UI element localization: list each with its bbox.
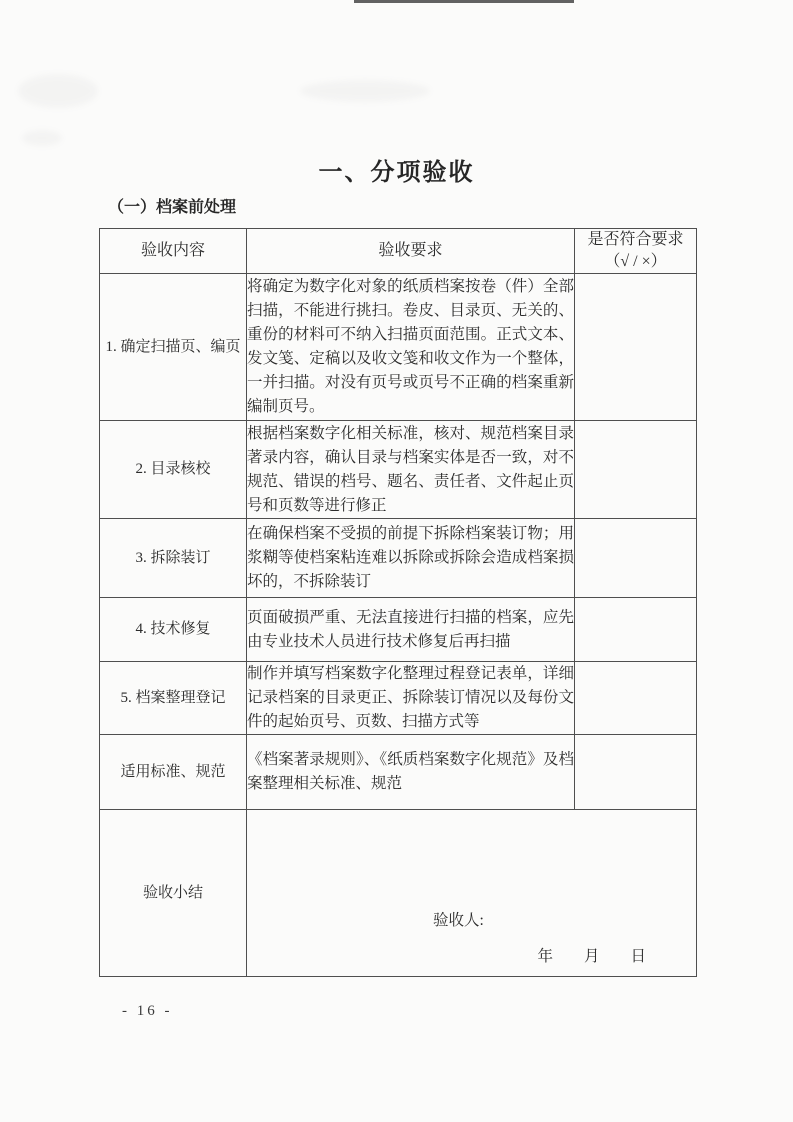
row-requirement-cell: 将确定为数字化对象的纸质档案按卷（件）全部扫描，不能进行挑扫。卷皮、目录页、无关… bbox=[247, 274, 575, 421]
header-compliance-line1: 是否符合要求 bbox=[575, 229, 696, 251]
row-requirement-cell: 在确保档案不受损的前提下拆除档案装订物；用浆糊等使档案粘连难以拆除或拆除会造成档… bbox=[247, 519, 575, 598]
row-requirement-cell: 《档案著录规则》、《纸质档案数字化规范》及档案整理相关标准、规范 bbox=[247, 735, 575, 810]
row-content-cell: 4. 技术修复 bbox=[100, 598, 247, 662]
row-content-cell: 2. 目录核校 bbox=[100, 421, 247, 519]
row-content-cell: 3. 拆除装订 bbox=[100, 519, 247, 598]
table-row: 4. 技术修复 页面破损严重、无法直接进行扫描的档案，应先由专业技术人员进行技术… bbox=[100, 598, 697, 662]
table-row: 适用标准、规范 《档案著录规则》、《纸质档案数字化规范》及档案整理相关标准、规范 bbox=[100, 735, 697, 810]
compliance-cell bbox=[575, 274, 697, 421]
row-content-cell: 1. 确定扫描页、编页 bbox=[100, 274, 247, 421]
header-content: 验收内容 bbox=[100, 229, 247, 274]
summary-signature-cell: 验收人: 年 月 日 bbox=[247, 810, 697, 977]
acceptor-label: 验收人: bbox=[433, 908, 484, 930]
header-requirement: 验收要求 bbox=[247, 229, 575, 274]
header-compliance: 是否符合要求 （√ / ×） bbox=[575, 229, 697, 274]
compliance-cell bbox=[575, 421, 697, 519]
row-requirement-cell: 页面破损严重、无法直接进行扫描的档案，应先由专业技术人员进行技术修复后再扫描 bbox=[247, 598, 575, 662]
row-requirement-cell: 根据档案数字化相关标准，核对、规范档案目录著录内容，确认目录与档案实体是否一致，… bbox=[247, 421, 575, 519]
table-row: 5. 档案整理登记 制作并填写档案数字化整理过程登记表单，详细记录档案的目录更正… bbox=[100, 662, 697, 735]
page-number: - 16 - bbox=[122, 1003, 173, 1020]
scan-artifact bbox=[354, 0, 574, 3]
summary-row: 验收小结 验收人: 年 月 日 bbox=[100, 810, 697, 977]
summary-label-cell: 验收小结 bbox=[100, 810, 247, 977]
section-heading: （一）档案前处理 bbox=[108, 194, 236, 217]
compliance-cell bbox=[575, 735, 697, 810]
row-content-cell: 适用标准、规范 bbox=[100, 735, 247, 810]
scan-smudge bbox=[18, 74, 98, 108]
table-row: 3. 拆除装订 在确保档案不受损的前提下拆除档案装订物；用浆糊等使档案粘连难以拆… bbox=[100, 519, 697, 598]
scan-smudge bbox=[22, 130, 62, 146]
compliance-cell bbox=[575, 598, 697, 662]
acceptance-table: 验收内容 验收要求 是否符合要求 （√ / ×） 1. 确定扫描页、编页 将确定… bbox=[99, 228, 697, 977]
header-compliance-line2: （√ / ×） bbox=[575, 251, 696, 273]
table-row: 1. 确定扫描页、编页 将确定为数字化对象的纸质档案按卷（件）全部扫描，不能进行… bbox=[100, 274, 697, 421]
scan-smudge bbox=[300, 80, 430, 102]
document-page: 一、分项验收 （一）档案前处理 验收内容 验收要求 是否符合要求 （√ / ×）… bbox=[0, 0, 793, 1122]
row-content-cell: 5. 档案整理登记 bbox=[100, 662, 247, 735]
page-title: 一、分项验收 bbox=[0, 152, 793, 187]
date-label: 年 月 日 bbox=[537, 944, 646, 966]
compliance-cell bbox=[575, 662, 697, 735]
compliance-cell bbox=[575, 519, 697, 598]
table-row: 2. 目录核校 根据档案数字化相关标准，核对、规范档案目录著录内容，确认目录与档… bbox=[100, 421, 697, 519]
row-requirement-cell: 制作并填写档案数字化整理过程登记表单，详细记录档案的目录更正、拆除装订情况以及每… bbox=[247, 662, 575, 735]
table-header-row: 验收内容 验收要求 是否符合要求 （√ / ×） bbox=[100, 229, 697, 274]
